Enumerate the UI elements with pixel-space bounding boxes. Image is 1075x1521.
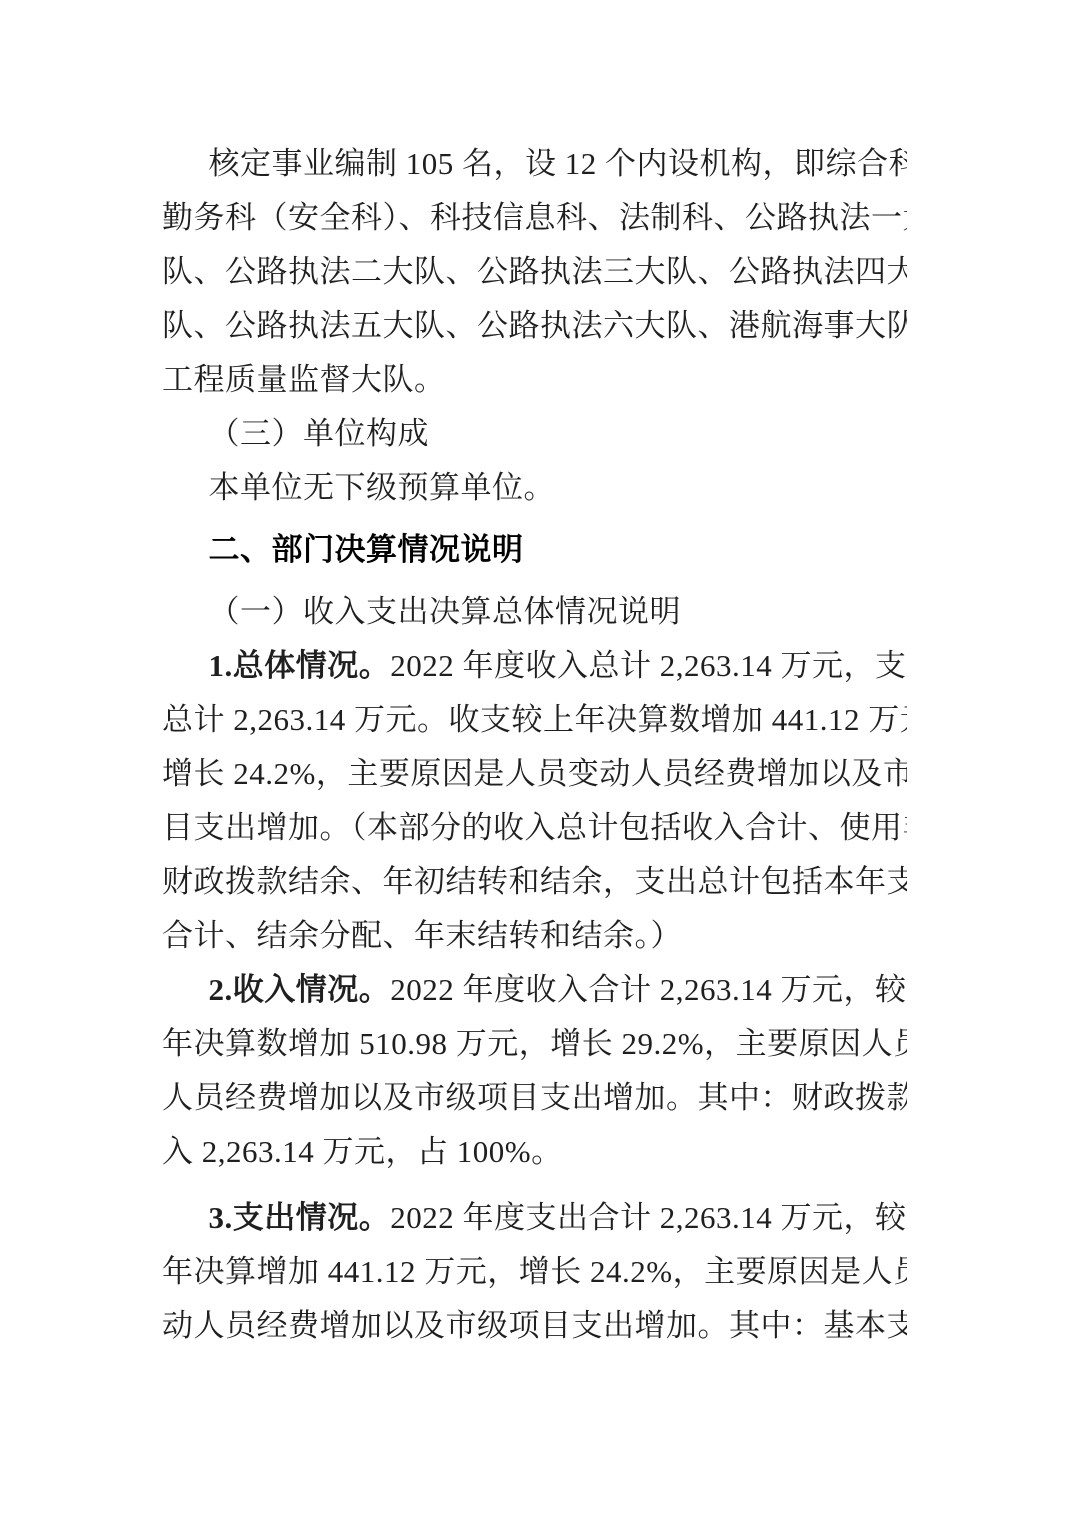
text-line: 本单位无下级预算单位。 [162,461,907,515]
heading-text: 二、部门决算情况说明 [162,523,907,577]
text-line: 核定事业编制 105 名，设 12 个内设机构，即综合科、 [162,137,907,191]
subsection-title-unit-composition: （三）单位构成 [162,407,907,461]
document-text-block: 核定事业编制 105 名，设 12 个内设机构，即综合科、 勤务科（安全科）、科… [162,137,907,1353]
bold-lead-overall: 1.总体情况。 [209,648,391,683]
paragraph-overall-situation: 1.总体情况。2022 年度收入总计 2,263.14 万元，支出 总计 2,2… [162,639,907,963]
text-line: 人员经费增加以及市级项目支出增加。其中：财政拨款收 [162,1071,907,1125]
text-line: 增长 24.2%，主要原因是人员变动人员经费增加以及市级项 [162,747,907,801]
text-segment: 2022 年度收入总计 2,263.14 万元，支出 [390,648,907,683]
paragraph-expense-situation: 3.支出情况。2022 年度支出合计 2,263.14 万元，较上 年决算增加 … [162,1191,907,1353]
subsection-title-income-expense-overview: （一）收入支出决算总体情况说明 [162,585,907,639]
text-line: 3.支出情况。2022 年度支出合计 2,263.14 万元，较上 [162,1191,907,1245]
text-line: （一）收入支出决算总体情况说明 [162,585,907,639]
text-line: 目支出增加。（本部分的收入总计包括收入合计、使用非 [162,801,907,855]
text-line: 勤务科（安全科）、科技信息科、法制科、公路执法一大 [162,191,907,245]
bold-lead-income: 2.收入情况。 [209,972,391,1007]
text-line: 队、公路执法二大队、公路执法三大队、公路执法四大 [162,245,907,299]
text-line: 年决算增加 441.12 万元，增长 24.2%，主要原因是人员变 [162,1245,907,1299]
text-line: 工程质量监督大队。 [162,353,907,407]
text-line: 合计、结余分配、年末结转和结余。） [162,909,907,963]
text-line: 入 2,263.14 万元，占 100%。 [162,1125,907,1179]
text-line: 1.总体情况。2022 年度收入总计 2,263.14 万元，支出 [162,639,907,693]
text-line: 队、公路执法五大队、公路执法六大队、港航海事大队、 [162,299,907,353]
document-page: 核定事业编制 105 名，设 12 个内设机构，即综合科、 勤务科（安全科）、科… [0,0,1075,1521]
text-line: 总计 2,263.14 万元。收支较上年决算数增加 441.12 万元， [162,693,907,747]
paragraph-unit-composition: 本单位无下级预算单位。 [162,461,907,515]
section-heading-final-accounts: 二、部门决算情况说明 [162,523,907,577]
text-line: 年决算数增加 510.98 万元，增长 29.2%，主要原因人员变动 [162,1017,907,1071]
text-line: 动人员经费增加以及市级项目支出增加。其中：基本支出 [162,1299,907,1353]
text-line: 财政拨款结余、年初结转和结余，支出总计包括本年支出 [162,855,907,909]
paragraph-org-structure: 核定事业编制 105 名，设 12 个内设机构，即综合科、 勤务科（安全科）、科… [162,137,907,407]
paragraph-income-situation: 2.收入情况。2022 年度收入合计 2,263.14 万元，较上 年决算数增加… [162,963,907,1179]
text-line: （三）单位构成 [162,407,907,461]
text-segment: 2022 年度支出合计 2,263.14 万元，较上 [390,1200,907,1235]
text-line: 2.收入情况。2022 年度收入合计 2,263.14 万元，较上 [162,963,907,1017]
bold-lead-expense: 3.支出情况。 [209,1200,391,1235]
text-segment: 2022 年度收入合计 2,263.14 万元，较上 [390,972,907,1007]
